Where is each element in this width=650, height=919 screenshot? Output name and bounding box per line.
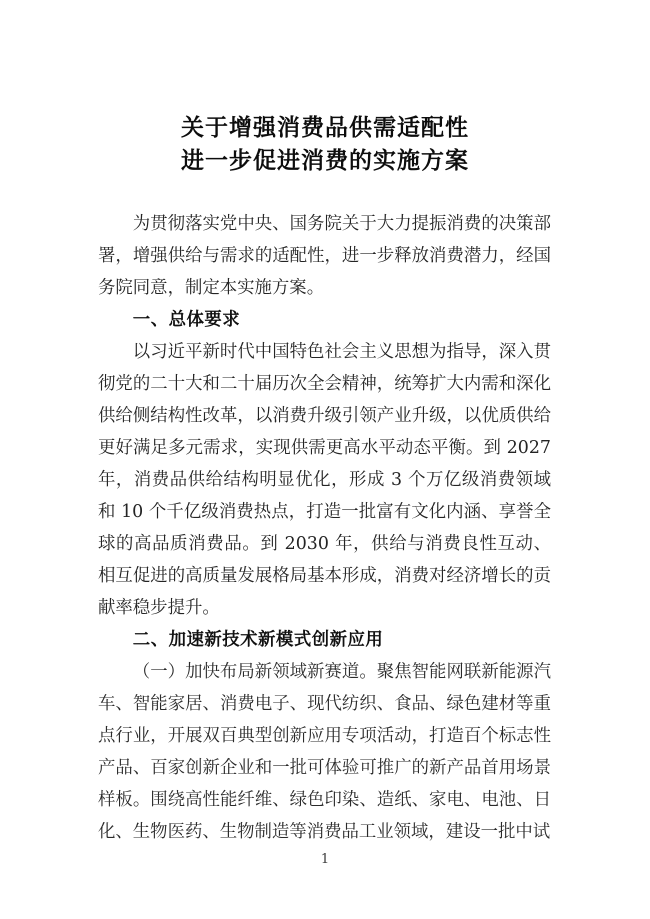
document-page: 关于增强消费品供需适配性 进一步促进消费的实施方案 为贯彻落实党中央、国务院关于… (0, 0, 650, 919)
page-number: 1 (0, 851, 650, 869)
section-2-heading: 二、加速新技术新模式创新应用 (98, 624, 551, 656)
title-line-1: 关于增强消费品供需适配性 (0, 111, 650, 144)
document-body: 为贯彻落实党中央、国务院关于大力提振消费的决策部署，增强供给与需求的适配性，进一… (98, 208, 551, 848)
document-title: 关于增强消费品供需适配性 进一步促进消费的实施方案 (0, 111, 650, 177)
section-2-item-1-paragraph: （一）加快布局新领域新赛道。聚焦智能网联新能源汽车、智能家居、消费电子、现代纺织… (98, 656, 551, 848)
section-1-paragraph: 以习近平新时代中国特色社会主义思想为指导，深入贯彻党的二十大和二十届历次全会精神… (98, 336, 551, 624)
intro-paragraph: 为贯彻落实党中央、国务院关于大力提振消费的决策部署，增强供给与需求的适配性，进一… (98, 208, 551, 304)
title-line-2: 进一步促进消费的实施方案 (0, 144, 650, 177)
section-1-heading: 一、总体要求 (98, 304, 551, 336)
